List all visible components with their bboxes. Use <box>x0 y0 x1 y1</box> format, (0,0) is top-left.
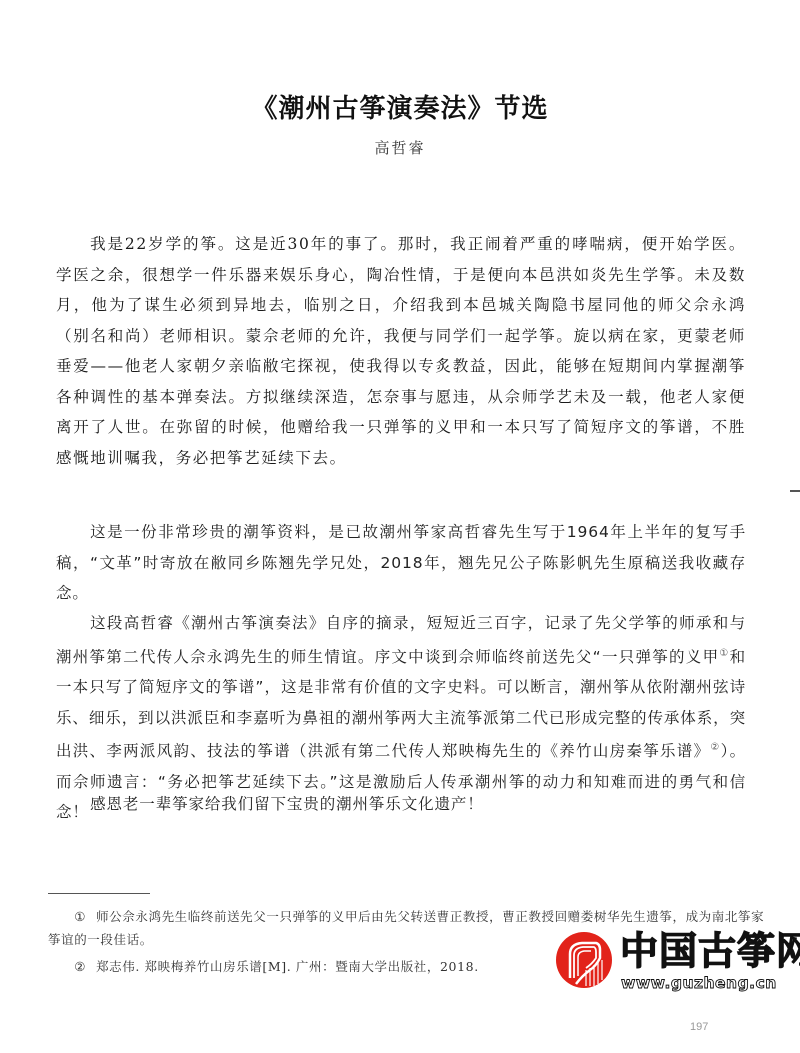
author-name: 高哲睿 <box>0 137 800 158</box>
commentary-paragraph-3: 感恩老一辈筝家给我们留下宝贵的潮州筝乐文化遗产！ <box>56 789 746 820</box>
watermark-logo: 中国古筝网 www.guzheng.cn <box>556 932 796 1022</box>
footnote-mark: ① <box>74 909 86 924</box>
footnote-mark: ② <box>74 959 86 974</box>
commentary-text: 这段高哲睿《潮州古筝演奏法》自序的摘录，短短近三百字，记录了先父学筝的师承和与潮… <box>56 614 746 666</box>
commentary-paragraph-1: 这是一份非常珍贵的潮筝资料，是已故潮州筝家高哲睿先生写于1964年上半年的复写手… <box>56 517 746 609</box>
footnote-divider <box>48 893 150 894</box>
guzheng-logo-icon <box>556 932 612 988</box>
book-page: 《潮州古筝演奏法》节选 高哲睿 我是22岁学的筝。这是近30年的事了。那时，我正… <box>0 0 800 1053</box>
page-edge-mark <box>790 490 800 492</box>
footnote-2: ②郑志伟. 郑映梅养竹山房乐谱[M]. 广州：暨南大学出版社，2018. <box>48 955 548 978</box>
page-title: 《潮州古筝演奏法》节选 <box>0 88 800 125</box>
footnote-ref-1[interactable]: ① <box>719 648 729 659</box>
excerpt-paragraph: 我是22岁学的筝。这是近30年的事了。那时，我正闹着严重的哮喘病，便开始学医。学… <box>56 229 746 473</box>
watermark-site-name: 中国古筝网 <box>620 928 800 974</box>
watermark-url[interactable]: www.guzheng.cn <box>621 974 777 992</box>
footnote-text: 郑志伟. 郑映梅养竹山房乐谱[M]. 广州：暨南大学出版社，2018. <box>96 959 479 974</box>
footnote-ref-2[interactable]: ② <box>710 742 720 753</box>
page-number: 197 <box>690 1021 708 1033</box>
